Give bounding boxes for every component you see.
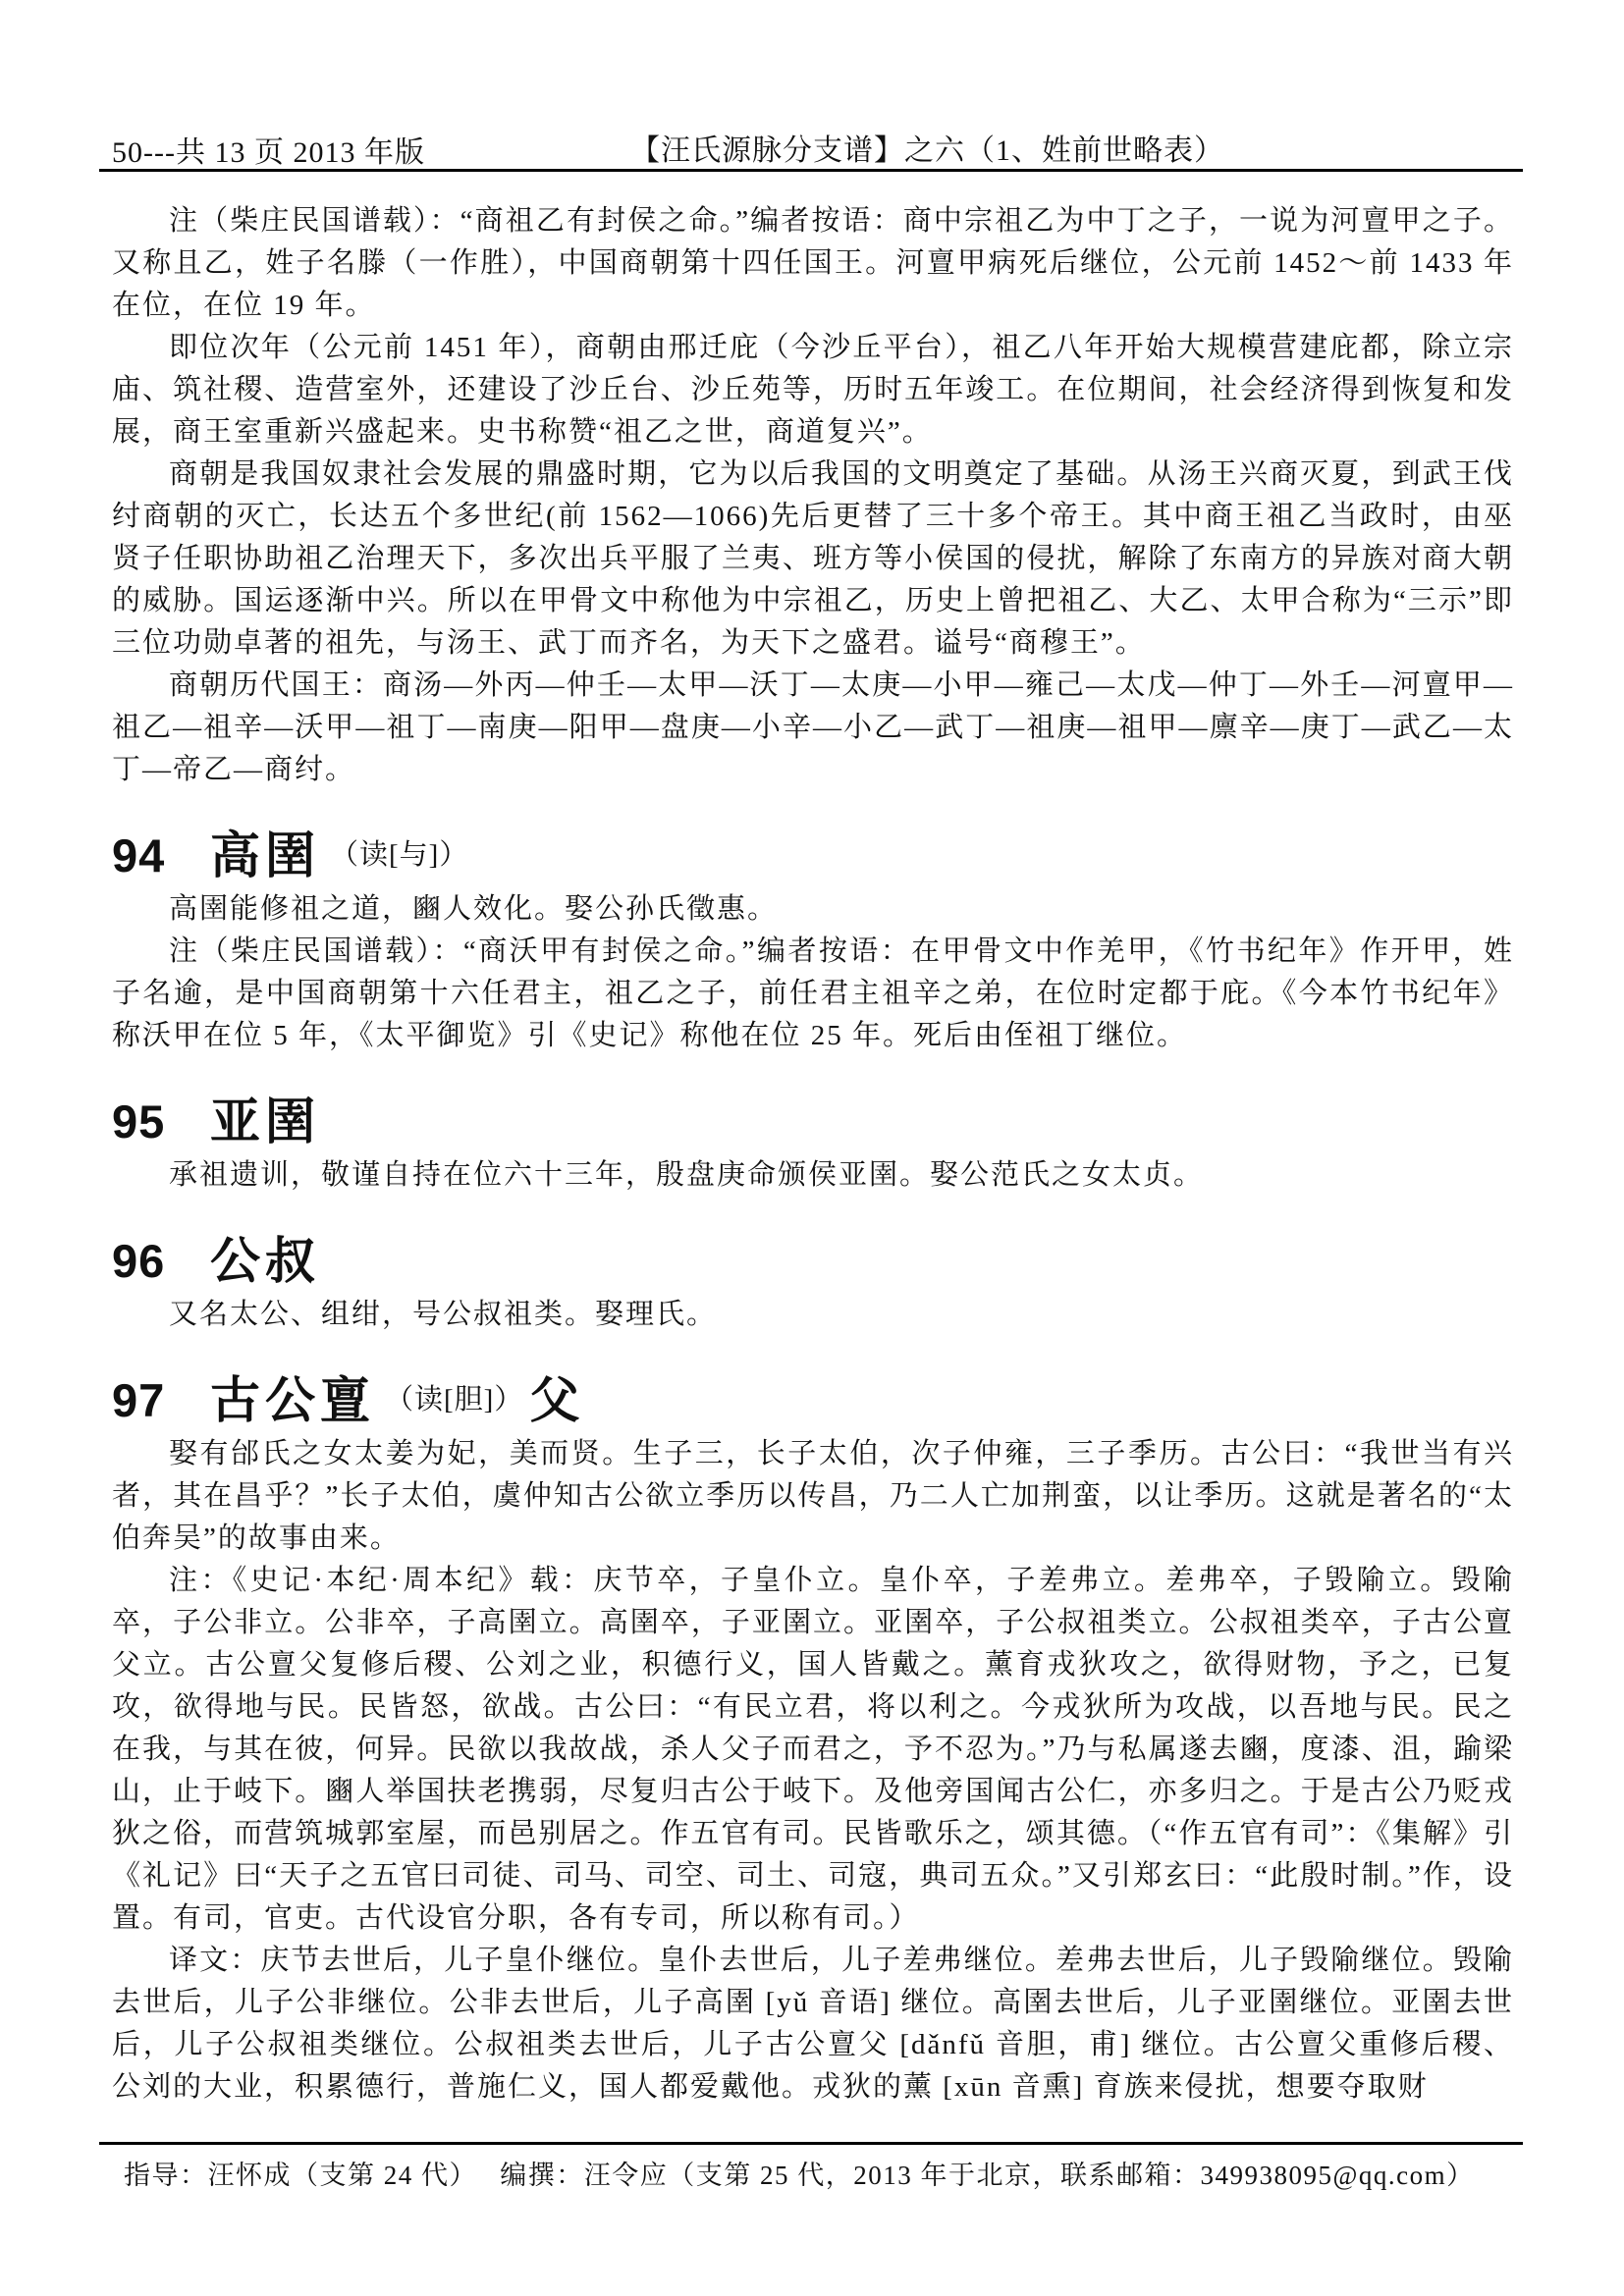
section-name: 亚圉 [210,1100,320,1143]
section-name: 公叔 [210,1240,320,1282]
section-paragraph: 注（柴庄民国谱载）：“商沃甲有封侯之命。”编者按语：在甲骨文中作羌甲，《竹书纪年… [112,931,1514,1057]
section-paragraph: 注：《史记·本纪·周本纪》载：庆节卒，子皇仆立。皇仆卒，子差弗立。差弗卒，子毁隃… [112,1560,1514,1940]
section-number: 95 [112,1100,210,1143]
paragraph-king-list: 商朝历代国王：商汤—外丙—仲壬—太甲—沃丁—太庚—小甲—雍己—太戊—仲丁—外壬—… [112,665,1514,791]
section-paragraph: 娶有邰氏之女太姜为妃，美而贤。生子三，长子太伯，次子仲雍，三子季历。古公曰：“我… [112,1433,1514,1560]
section-paragraph: 又名太公、组绀，号公叔祖类。娶理氏。 [112,1294,1514,1336]
header-page-info: 50---共 13 页 2013 年版 [112,128,425,171]
header-title: 【汪氏源脉分支谱】之六（1、姓前世略表） [630,126,1224,169]
paragraph: 商朝是我国奴隶社会发展的鼎盛时期，它为以后我国的文明奠定了基础。从汤王兴商灭夏，… [112,454,1514,665]
pronunciation-note: （读[胆]） [385,1379,523,1421]
section-number: 96 [112,1240,210,1282]
document-body: 注（柴庄民国谱载）：“商祖乙有封侯之命。”编者按语：商中宗祖乙为中丁之子，一说为… [112,200,1514,2136]
header-divider [99,169,1523,172]
footer-credits: 指导：汪怀成（支第 24 代） 编撰：汪令应（支第 25 代，2013 年于北京… [124,2154,1475,2192]
section-number: 97 [112,1379,210,1421]
document-page: 50---共 13 页 2013 年版 【汪氏源脉分支谱】之六（1、姓前世略表）… [0,0,1624,2296]
section-paragraph: 承祖遗训，敬谨自持在位六十三年，殷盘庚命颁侯亚圉。娶公范氏之女太贞。 [112,1154,1514,1197]
section-heading-95: 95 亚圉 [112,1100,1514,1143]
paragraph: 注（柴庄民国谱载）：“商祖乙有封侯之命。”编者按语：商中宗祖乙为中丁之子，一说为… [112,200,1514,327]
paragraph: 即位次年（公元前 1451 年），商朝由邢迁庇（今沙丘平台），祖乙八年开始大规模… [112,327,1514,454]
section-heading-94: 94 高圉 （读[与]） [112,834,1514,877]
section-name: 高圉 [210,834,320,877]
section-number: 94 [112,834,210,877]
section-heading-97: 97 古公亶 （读[胆]） 父 [112,1379,1514,1421]
section-paragraph: 高圉能修祖之道，豳人效化。娶公孙氏徵惠。 [112,888,1514,931]
section-name: 古公亶 [210,1379,375,1421]
pronunciation-note: （读[与]） [330,834,468,877]
section-name-suffix: 父 [529,1379,581,1421]
section-heading-96: 96 公叔 [112,1240,1514,1282]
section-paragraph: 译文：庆节去世后，儿子皇仆继位。皇仆去世后，儿子差弗继位。差弗去世后，儿子毁隃继… [112,1940,1514,2109]
footer-divider [99,2142,1523,2145]
